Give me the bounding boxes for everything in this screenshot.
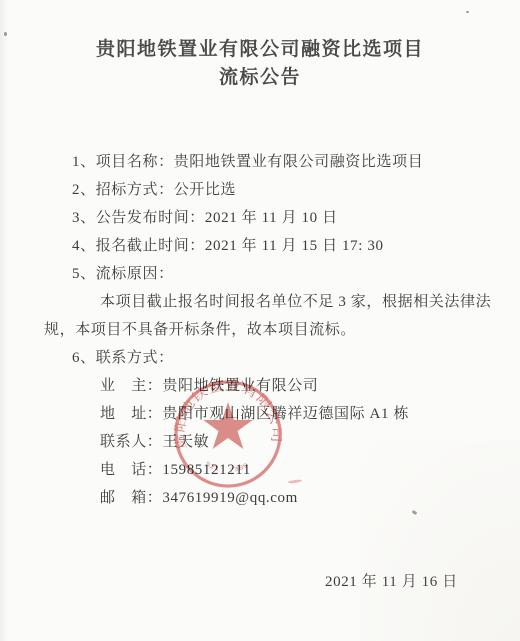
contact-label-email: 邮 箱： xyxy=(100,484,162,512)
contact-row-phone: 电 话：15985121211 xyxy=(100,456,520,484)
scan-speck xyxy=(4,32,7,36)
title-line-1: 贵阳地铁置业有限公司融资比选项目 xyxy=(0,36,520,64)
contact-label-phone: 电 话： xyxy=(100,456,162,484)
contact-row-email: 邮 箱：347619919@qq.com xyxy=(100,484,520,512)
contact-row-owner: 业 主：贵阳地铁置业有限公司 xyxy=(100,372,520,400)
contact-row-address: 地 址：贵阳市观山湖区腾祥迈德国际 A1 栋 xyxy=(100,400,520,428)
body-line-item-2: 2、招标方式：公开比选 xyxy=(72,176,520,204)
body-line-item-6: 6、联系方式： xyxy=(72,344,520,372)
reason-paragraph-line-1: 本项目截止报名时间报名单位不足 3 家，根据相关法律法 xyxy=(100,288,520,316)
document-title: 贵阳地铁置业有限公司融资比选项目 流标公告 xyxy=(0,36,520,92)
contact-value-email: 347619919@qq.com xyxy=(162,490,298,506)
document-body: 1、项目名称：贵阳地铁置业有限公司融资比选项目 2、招标方式：公开比选 3、公告… xyxy=(0,148,520,512)
contact-label-owner: 业 主： xyxy=(100,372,162,400)
body-line-item-5: 5、流标原因： xyxy=(72,260,520,288)
body-line-item-1: 1、项目名称：贵阳地铁置业有限公司融资比选项目 xyxy=(72,148,520,176)
contact-value-phone: 15985121211 xyxy=(162,462,251,478)
scanned-document-page: 贵阳地铁置业有限公司融资比选项目 流标公告 1、项目名称：贵阳地铁置业有限公司融… xyxy=(0,0,520,641)
contact-label-person: 联系人： xyxy=(100,428,162,456)
title-line-2: 流标公告 xyxy=(0,64,520,92)
body-line-item-3: 3、公告发布时间：2021 年 11 月 10 日 xyxy=(72,204,520,232)
contact-value-owner: 贵阳地铁置业有限公司 xyxy=(162,378,318,394)
body-line-item-4: 4、报名截止时间：2021 年 11 月 15 日 17: 30 xyxy=(72,232,520,260)
contact-value-person: 王天敏 xyxy=(162,434,209,450)
scan-speck xyxy=(466,11,469,13)
contact-value-address: 贵阳市观山湖区腾祥迈德国际 A1 栋 xyxy=(162,406,409,422)
reason-paragraph-line-2: 规，本项目不具备开标条件，故本项目流标。 xyxy=(44,316,520,344)
contact-row-person: 联系人：王天敏 xyxy=(100,428,520,456)
contact-label-address: 地 址： xyxy=(100,400,162,428)
issue-date: 2021 年 11 月 16 日 xyxy=(325,570,458,591)
